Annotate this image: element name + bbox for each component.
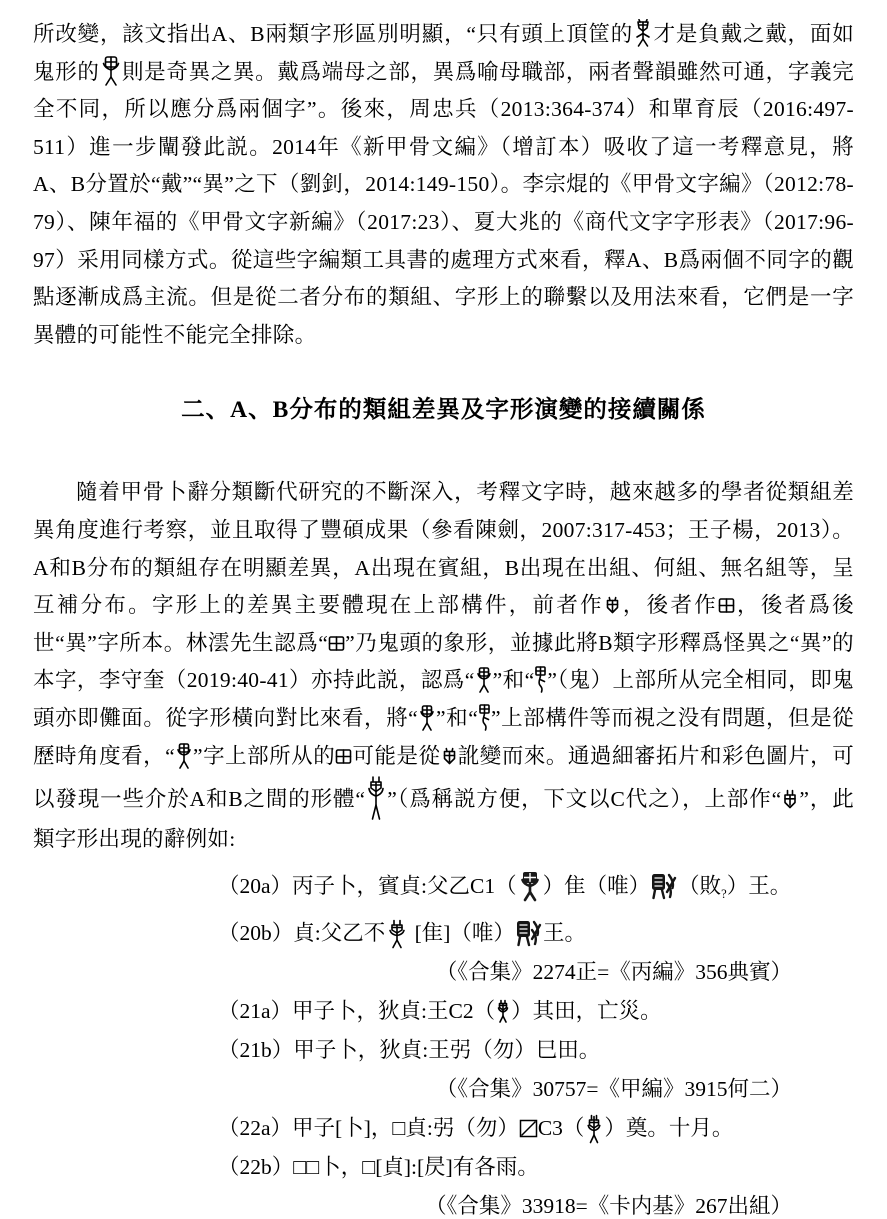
example-line: （22b）□□卜，□[貞]:[昃]有各雨。 xyxy=(33,1148,854,1187)
section-heading: 二、A、B分布的類組差異及字形演變的接續關係 xyxy=(33,390,854,424)
rubbing-bai-icon xyxy=(515,918,543,948)
oracle-tian-icon xyxy=(335,748,352,765)
text-run: ）其田，亡災。 xyxy=(511,999,662,1023)
paragraph-continued-from-previous-page: 所改變，該文指出A、B兩類字形區別明顯，“只有頭上頂筐的才是負戴之戴，面如鬼形的… xyxy=(33,16,854,354)
rubbing-c1-icon xyxy=(517,870,543,902)
text-run: ）奠。十月。 xyxy=(604,1116,733,1140)
oracle-tian-icon xyxy=(328,635,345,652)
text-run: （《合集》30757=《甲編》3915何二） xyxy=(436,1077,792,1101)
source-citation-line: （《合集》2274正=《丙編》356典賓） xyxy=(33,953,854,992)
text-run: （《合集》2274正=《丙編》356典賓） xyxy=(436,960,792,984)
oracle-tian-icon xyxy=(718,597,735,614)
oracle-inscription-examples-block: （20a）丙子卜，賓貞:父乙C1（）隹（唯）（敗?）王。（20b）貞:父乙不 [… xyxy=(33,867,854,1219)
oracle-fu-icon xyxy=(441,747,458,766)
text-run: ”（爲稱説方便，下文以C代之），上部作“ xyxy=(387,787,781,811)
paragraph-body: 隨着甲骨卜辭分類斷代研究的不斷深入，考釋文字時，越來越多的學者從類組差異角度進行… xyxy=(33,474,854,858)
example-line: （21b）甲子卜，狄貞:王弜（勿）巳田。 xyxy=(33,1031,854,1070)
oracle-gui-small-icon xyxy=(534,666,547,693)
oracle-c2-icon xyxy=(495,999,511,1023)
oracle-c-20b-icon xyxy=(385,919,409,949)
text-run: 所改變，該文指出A、B兩類字形區別明顯，“只有頭上頂筐的 xyxy=(33,22,633,46)
text-run: ，後者作 xyxy=(621,593,718,617)
rubbing-bai-icon xyxy=(650,871,678,901)
box-slash-icon xyxy=(519,1119,538,1138)
text-run: （敗 xyxy=(678,874,721,898)
text-run: ”和“ xyxy=(436,706,478,730)
text-run: ”字上部所从的 xyxy=(193,744,335,768)
oracle-c3-icon xyxy=(584,1114,604,1144)
text-run: C3（ xyxy=(538,1116,585,1140)
text-run: ”和“ xyxy=(493,668,535,692)
example-line: （22a）甲子[卜]，□貞:弜（勿）C3（）奠。十月。 xyxy=(33,1109,854,1148)
text-run: ）王。 xyxy=(727,874,792,898)
text-run: 則是奇異之異。戴爲端母之部，異爲喻母職部，兩者聲韻雖然可通，字義完全不同，所以應… xyxy=(33,60,854,347)
text-run: （22a）甲子[卜]，□貞:弜（勿） xyxy=(218,1116,519,1140)
document-page: 所改變，該文指出A、B兩類字形區別明顯，“只有頭上頂筐的才是負戴之戴，面如鬼形的… xyxy=(0,0,887,1219)
example-line: （20b）貞:父乙不 [隹]（唯）王。 xyxy=(33,914,854,953)
oracle-fu-pronged-icon xyxy=(781,789,799,810)
oracle-yi-small-icon xyxy=(475,667,493,693)
oracle-gui-small-icon xyxy=(478,704,491,731)
text-run: （《合集》33918=《卡内基》267出組） xyxy=(425,1194,792,1218)
example-line: （20a）丙子卜，賓貞:父乙C1（）隹（唯）（敗?）王。 xyxy=(33,867,854,914)
oracle-yi-figure-icon xyxy=(100,56,122,86)
text-run: （20b）貞:父乙不 xyxy=(218,921,385,945)
text-run: 可能是從 xyxy=(352,744,440,768)
text-run: （22b）□□卜，□[貞]:[昃]有各雨。 xyxy=(218,1155,539,1179)
text-run: 王。 xyxy=(543,921,586,945)
text-run: （20a）丙子卜，賓貞:父乙C1（ xyxy=(218,874,517,898)
text-run: （21a）甲子卜，狄貞:王C2（ xyxy=(218,999,495,1023)
example-line: （21a）甲子卜，狄貞:王C2（）其田，亡災。 xyxy=(33,992,854,1031)
oracle-dai-figure-icon xyxy=(633,19,653,47)
source-citation-line: （《合集》33918=《卡内基》267出組） xyxy=(33,1187,854,1219)
text-run: （21b）甲子卜，狄貞:王弜（勿）巳田。 xyxy=(218,1038,600,1062)
oracle-c-form-icon xyxy=(365,775,387,821)
oracle-yi-small-icon xyxy=(418,705,436,731)
text-run: [隹]（唯） xyxy=(409,921,515,945)
source-citation-line: （《合集》30757=《甲編》3915何二） xyxy=(33,1070,854,1109)
oracle-fu-icon xyxy=(604,596,621,615)
oracle-yi-small-icon xyxy=(175,743,193,769)
text-run: ）隹（唯） xyxy=(543,874,651,898)
